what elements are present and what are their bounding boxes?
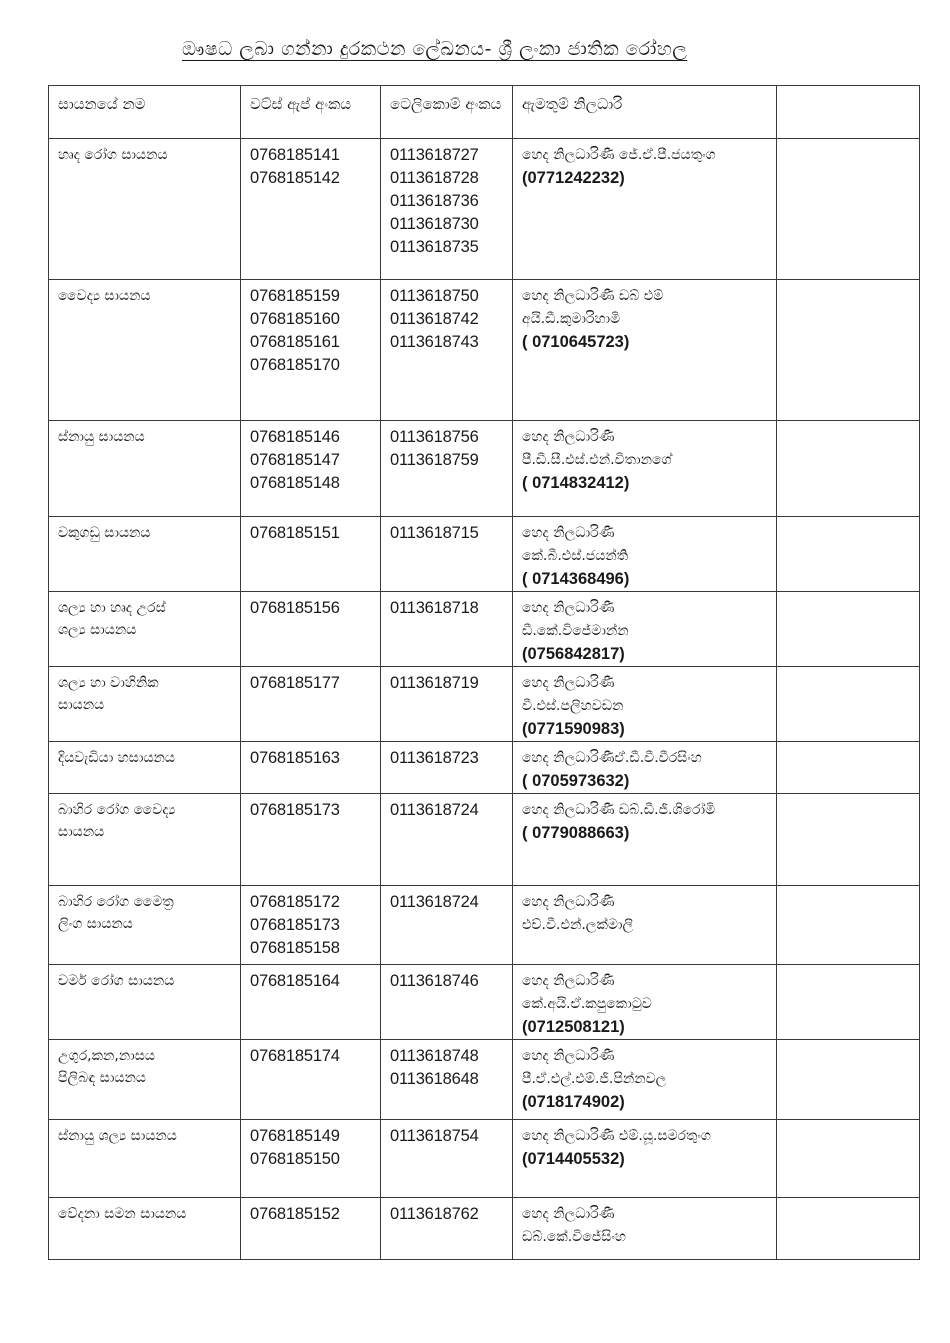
whatsapp-numbers: 07681851490768185150 [241,1120,381,1198]
officer-name: පී.ඒ.එල්.එම්.ජී.පින්නවල [522,1068,768,1091]
clinic-name-line: පිලිබඳ සායනය [58,1067,232,1089]
header-whatsapp-number: වට්ස් ඇප් අංකය [241,86,381,139]
telecom-numbers-line: 0113618724 [390,799,504,822]
telecom-numbers-line: 0113618743 [390,331,504,354]
clinic-name: උගුර,කන,නාසයපිලිබඳ සායනය [49,1040,241,1120]
call-officer: හෙද නිලධාරිණීඒ.ඩී.වී.වීරසිංහ( 0705973632… [513,742,777,794]
header-clinic-name: සායනයේ නම [49,86,241,139]
blank-cell [777,139,920,280]
telecom-numbers: 0113618754 [381,1120,513,1198]
telecom-numbers: 0113618724 [381,794,513,886]
telecom-numbers-line: 0113618750 [390,285,504,308]
telecom-numbers: 01136187560113618759 [381,421,513,517]
officer-name: හෙද නිලධාරිණී [522,1045,768,1068]
whatsapp-numbers-line: 0768185173 [250,799,372,822]
call-officer: හෙද නිලධාරිණීඩබ්.කේ.විජේසිංහ [513,1198,777,1260]
officer-phone: (0714405532) [522,1148,768,1171]
telecom-numbers-line: 0113618723 [390,747,504,770]
call-officer: හෙද නිලධාරිණීපී.ඒ.එල්.එම්.ජී.පින්නවල(071… [513,1040,777,1120]
telecom-numbers-line: 0113618754 [390,1125,504,1148]
whatsapp-numbers-line: 0768185147 [250,449,372,472]
clinic-name-line: දියවැඩියා හසායනය [58,747,232,769]
whatsapp-numbers: 0768185151 [241,517,381,592]
officer-name: හෙද නිලධාරිණී ඩබ්.ඩී.ජී.ශිරෝමි [522,799,768,822]
officer-name: එච්.වී.එන්.ලක්මාලි [522,914,768,937]
blank-cell [777,794,920,886]
officer-name: හෙද නිලධාරිණී [522,891,768,914]
blank-cell [777,742,920,794]
telecom-numbers-line: 0113618742 [390,308,504,331]
whatsapp-numbers-line: 0768185149 [250,1125,372,1148]
whatsapp-numbers: 0768185174 [241,1040,381,1120]
telecom-numbers-line: 0113618759 [390,449,504,472]
whatsapp-numbers: 0768185152 [241,1198,381,1260]
call-officer: හෙද නිලධාරිණීකේ.බී.එස්.ජයන්ති( 071436849… [513,517,777,592]
header-call-officer: ඇමතුම් නිලධාරි [513,86,777,139]
officer-name: හෙද නිලධාරිණී [522,970,768,993]
officer-name: වී.එස්.පලිහවඩන [522,695,768,718]
whatsapp-numbers-line: 0768185160 [250,308,372,331]
blank-cell [777,592,920,667]
clinic-name-line: හෘද රෝග සායනය [58,144,232,166]
table-row: චර්ම රෝග සායනය07681851640113618746හෙද නි… [49,965,920,1040]
whatsapp-numbers-line: 0768185159 [250,285,372,308]
telecom-numbers: 01136187480113618648 [381,1040,513,1120]
whatsapp-numbers: 076818517207681851730768185158 [241,886,381,965]
officer-name: හෙද නිලධාරිණී [522,597,768,620]
clinic-name-line: ලිංග සායනය [58,913,232,935]
clinic-name: ශල්‍ය හා හෘද උරස්ශල්‍ය සායනය [49,592,241,667]
whatsapp-numbers-line: 0768185152 [250,1203,372,1226]
clinic-name-line: සායනය [58,821,232,843]
telecom-numbers-line: 0113618719 [390,672,504,695]
call-officer: හෙද නිලධාරිණීඑච්.වී.එන්.ලක්මාලි [513,886,777,965]
telecom-numbers-line: 0113618735 [390,236,504,259]
clinic-name: බාහිර රෝග මෛත්‍රලිංග සායනය [49,886,241,965]
clinic-name-line: ස්නායු සායනය [58,426,232,448]
clinic-name: හෘද රෝග සායනය [49,139,241,280]
telecom-numbers: 0113618746 [381,965,513,1040]
table-row: ශල්‍ය හා වාහිනිකසායනය0768185177011361871… [49,667,920,742]
whatsapp-numbers: 0768185156 [241,592,381,667]
whatsapp-numbers-line: 0768185174 [250,1045,372,1068]
whatsapp-numbers-line: 0768185161 [250,331,372,354]
blank-cell [777,280,920,421]
clinic-name-line: ශල්‍ය සායනය [58,619,232,641]
blank-cell [777,1198,920,1260]
clinic-name-line: බාහිර රෝග වෛද්‍ය [58,799,232,821]
call-officer: හෙද නිලධාරිණී ජේ.ඒ.පී.ජයතුංග(0771242232) [513,139,777,280]
clinic-name: ශල්‍ය හා වාහිනිකසායනය [49,667,241,742]
clinic-name-line: වේදනා සමන සායනය [58,1203,232,1225]
whatsapp-numbers-line: 0768185142 [250,167,372,190]
whatsapp-numbers-line: 0768185158 [250,937,372,960]
clinic-name: බාහිර රෝග වෛද්‍යසායනය [49,794,241,886]
table-row: බාහිර රෝග වෛද්‍යසායනය0768185173011361872… [49,794,920,886]
telecom-numbers: 0113618724 [381,886,513,965]
telecom-numbers-line: 0113618748 [390,1045,504,1068]
telecom-numbers-line: 0113618762 [390,1203,504,1226]
whatsapp-numbers: 0768185163 [241,742,381,794]
telecom-numbers-line: 0113618728 [390,167,504,190]
telecom-numbers: 0113618715 [381,517,513,592]
officer-phone: (0712508121) [522,1016,768,1039]
telecom-numbers-line: 0113618746 [390,970,504,993]
whatsapp-numbers-line: 0768185156 [250,597,372,620]
whatsapp-numbers: 0768185173 [241,794,381,886]
clinic-name: වේදනා සමන සායනය [49,1198,241,1260]
whatsapp-numbers: 0768185177 [241,667,381,742]
clinic-name-line: ශල්‍ය හා වාහිනික [58,672,232,694]
officer-phone: (0718174902) [522,1091,768,1114]
officer-name: කේ.අයි.ඒ.කපුකොටුව [522,993,768,1016]
call-officer: හෙද නිලධාරිණීපී.ඩී.සී.එස්.එන්.විතානගේ( 0… [513,421,777,517]
table-row: උගුර,කන,නාසයපිලිබඳ සායනය0768185174011361… [49,1040,920,1120]
whatsapp-numbers-line: 0768185170 [250,354,372,377]
table-row: ස්නායු ශල්‍ය සායනය0768185149076818515001… [49,1120,920,1198]
telecom-numbers-line: 0113618724 [390,891,504,914]
blank-cell [777,517,920,592]
clinic-phone-table: සායනයේ නම වට්ස් ඇප් අංකය ටෙලිකොම් අංකය ඇ… [48,85,920,1260]
clinic-name-line: බාහිර රෝග මෛත්‍ර [58,891,232,913]
officer-phone: ( 0705973632) [522,770,768,793]
telecom-numbers-line: 0113618756 [390,426,504,449]
table-row: හෘද රෝග සායනය076818514107681851420113618… [49,139,920,280]
whatsapp-numbers-line: 0768185151 [250,522,372,545]
clinic-name: ස්නායු සායනය [49,421,241,517]
whatsapp-numbers-line: 0768185172 [250,891,372,914]
officer-name: කේ.බී.එස්.ජයන්ති [522,545,768,568]
telecom-numbers-line: 0113618736 [390,190,504,213]
whatsapp-numbers: 07681851410768185142 [241,139,381,280]
blank-cell [777,886,920,965]
officer-phone: ( 0714368496) [522,568,768,591]
telecom-numbers: 0113618762 [381,1198,513,1260]
officer-phone: (0771242232) [522,167,768,190]
telecom-numbers: 0113618727011361872801136187360113618730… [381,139,513,280]
whatsapp-numbers: 076818514607681851470768185148 [241,421,381,517]
table-row: දියවැඩියා හසායනය07681851630113618723හෙද … [49,742,920,794]
blank-cell [777,667,920,742]
whatsapp-numbers: 0768185164 [241,965,381,1040]
clinic-name: දියවැඩියා හසායනය [49,742,241,794]
whatsapp-numbers-line: 0768185148 [250,472,372,495]
telecom-numbers: 0113618719 [381,667,513,742]
whatsapp-numbers-line: 0768185177 [250,672,372,695]
table-row: ස්නායු සායනය0768185146076818514707681851… [49,421,920,517]
call-officer: හෙද නිලධාරිණීවී.එස්.පලිහවඩන(0771590983) [513,667,777,742]
whatsapp-numbers-line: 0768185173 [250,914,372,937]
header-blank [777,86,920,139]
header-telecom-number: ටෙලිකොම් අංකය [381,86,513,139]
clinic-name-line: වෛද්‍ය සායනය [58,285,232,307]
clinic-name: වෛද්‍ය සායනය [49,280,241,421]
blank-cell [777,1120,920,1198]
table-header-row: සායනයේ නම වට්ස් ඇප් අංකය ටෙලිකොම් අංකය ඇ… [49,86,920,139]
officer-phone: (0756842817) [522,643,768,666]
officer-phone: ( 0779088663) [522,822,768,845]
officer-name: හෙද නිලධාරිණී [522,426,768,449]
clinic-name: චර්ම රෝග සායනය [49,965,241,1040]
telecom-numbers-line: 0113618727 [390,144,504,167]
officer-name: හෙද නිලධාරිණී [522,1203,768,1226]
officer-name: හෙද නිලධාරිණී [522,672,768,695]
table-row: ශල්‍ය හා හෘද උරස්ශල්‍ය සායනය076818515601… [49,592,920,667]
officer-phone: (0771590983) [522,718,768,741]
call-officer: හෙද නිලධාරිණී එම්.යූ.සමරතුංග(0714405532) [513,1120,777,1198]
officer-name: ඩබ්.කේ.විජේසිංහ [522,1226,768,1249]
whatsapp-numbers-line: 0768185141 [250,144,372,167]
clinic-name-line: ශල්‍ය හා හෘද උරස් [58,597,232,619]
table-row: වෛද්‍ය සායනය0768185159076818516007681851… [49,280,920,421]
officer-name: හෙද නිලධාරිණීඒ.ඩී.වී.වීරසිංහ [522,747,768,770]
clinic-name-line: ස්නායු ශල්‍ය සායනය [58,1125,232,1147]
call-officer: හෙද නිලධාරිණී ඩබ් එම්අයි.ඩී.කුමාරිහාමි( … [513,280,777,421]
officer-name: හෙද නිලධාරිණී ජේ.ඒ.පී.ජයතුංග [522,144,768,167]
officer-name: හෙද නිලධාරිණී එම්.යූ.සමරතුංග [522,1125,768,1148]
officer-name: ඩී.කේ.විජේමාන්න [522,620,768,643]
telecom-numbers-line: 0113618730 [390,213,504,236]
clinic-name-line: සායනය [58,694,232,716]
blank-cell [777,965,920,1040]
call-officer: හෙද නිලධාරිණීඩී.කේ.විජේමාන්න(0756842817) [513,592,777,667]
clinic-name-line: උගුර,කන,නාසය [58,1045,232,1067]
call-officer: හෙද නිලධාරිණී ඩබ්.ඩී.ජී.ශිරෝමි( 07790886… [513,794,777,886]
table-row: බාහිර රෝග මෛත්‍රලිංග සායනය07681851720768… [49,886,920,965]
officer-name: හෙද නිලධාරිණී [522,522,768,545]
table-row: වේදනා සමන සායනය07681851520113618762 හෙද … [49,1198,920,1260]
clinic-name: ස්නායු ශල්‍ය සායනය [49,1120,241,1198]
blank-cell [777,421,920,517]
officer-name: පී.ඩී.සී.එස්.එන්.විතානගේ [522,449,768,472]
officer-phone: ( 0714832412) [522,472,768,495]
telecom-numbers: 0113618718 [381,592,513,667]
telecom-numbers-line: 0113618718 [390,597,504,620]
table-row: වකුගඩු සායනය07681851510113618715හෙද නිලධ… [49,517,920,592]
blank-cell [777,1040,920,1120]
whatsapp-numbers-line: 0768185146 [250,426,372,449]
whatsapp-numbers-line: 0768185163 [250,747,372,770]
officer-name: අයි.ඩී.කුමාරිහාමි [522,308,768,331]
telecom-numbers: 011361875001136187420113618743 [381,280,513,421]
whatsapp-numbers-line: 0768185150 [250,1148,372,1171]
whatsapp-numbers-line: 0768185164 [250,970,372,993]
clinic-name-line: චර්ම රෝග සායනය [58,970,232,992]
telecom-numbers-line: 0113618648 [390,1068,504,1091]
clinic-name-line: වකුගඩු සායනය [58,522,232,544]
telecom-numbers: 0113618723 [381,742,513,794]
officer-phone: ( 0710645723) [522,331,768,354]
telecom-numbers-line: 0113618715 [390,522,504,545]
officer-name: හෙද නිලධාරිණී ඩබ් එම් [522,285,768,308]
clinic-name: වකුගඩු සායනය [49,517,241,592]
call-officer: හෙද නිලධාරිණීකේ.අයි.ඒ.කපුකොටුව(071250812… [513,965,777,1040]
document-title: ඖෂධ ලබා ගන්නා දුරකථන ලේඛනය- ශ්‍රී ලංකා ජ… [182,38,812,60]
whatsapp-numbers: 0768185159076818516007681851610768185170 [241,280,381,421]
